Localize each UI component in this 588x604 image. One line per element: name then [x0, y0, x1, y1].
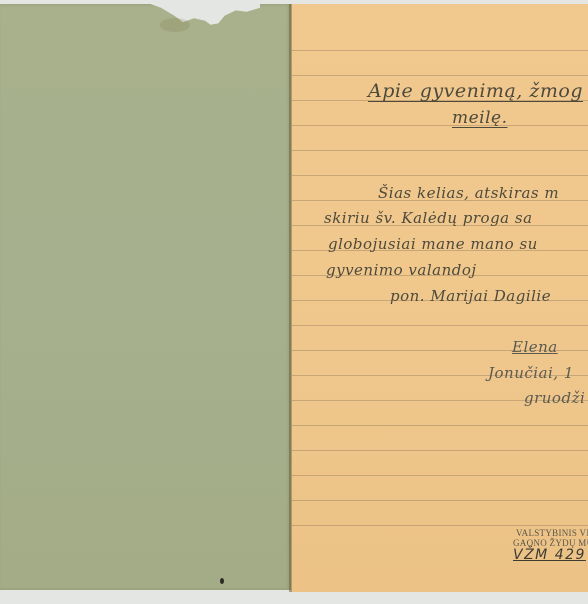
ruled-line [292, 50, 588, 51]
ruled-line [292, 175, 588, 176]
dedication-line-4: gyvenimo valandoj [326, 261, 477, 279]
handwritten-title-line1: Apie gyvenimą, žmog [368, 80, 583, 102]
ruled-line [292, 525, 588, 526]
water-stain [160, 18, 190, 32]
ruled-line [292, 325, 588, 326]
ruled-line [292, 75, 588, 76]
ink-speck [220, 578, 224, 584]
ruled-line [292, 150, 588, 151]
dedication-line-5: pon. Marijai Dagilie [390, 287, 551, 305]
place-line: Jonučiai, 1 [488, 364, 574, 382]
ruled-line [292, 500, 588, 501]
dedication-line-3: globojusiai mane mano su [328, 235, 538, 253]
dedication-line-2: skiriu šv. Kalėdų proga sa [324, 209, 533, 227]
museum-stamp-line1: VALSTYBINIS VIL [516, 528, 588, 538]
ruled-line [292, 475, 588, 476]
ruled-line [292, 125, 588, 126]
inventory-number: VŽM 429 [513, 547, 586, 563]
signature: Elena [512, 338, 558, 356]
left-page-cover [0, 4, 291, 590]
ruled-line [292, 450, 588, 451]
handwritten-title-line2: meilę. [452, 108, 508, 128]
dedication-line-1: Šias kelias, atskiras m [378, 184, 559, 202]
ruled-line [292, 425, 588, 426]
right-page-ruled: Apie gyvenimą, žmog meilę. Šias kelias, … [292, 4, 588, 592]
date-line: gruodži [524, 389, 585, 407]
